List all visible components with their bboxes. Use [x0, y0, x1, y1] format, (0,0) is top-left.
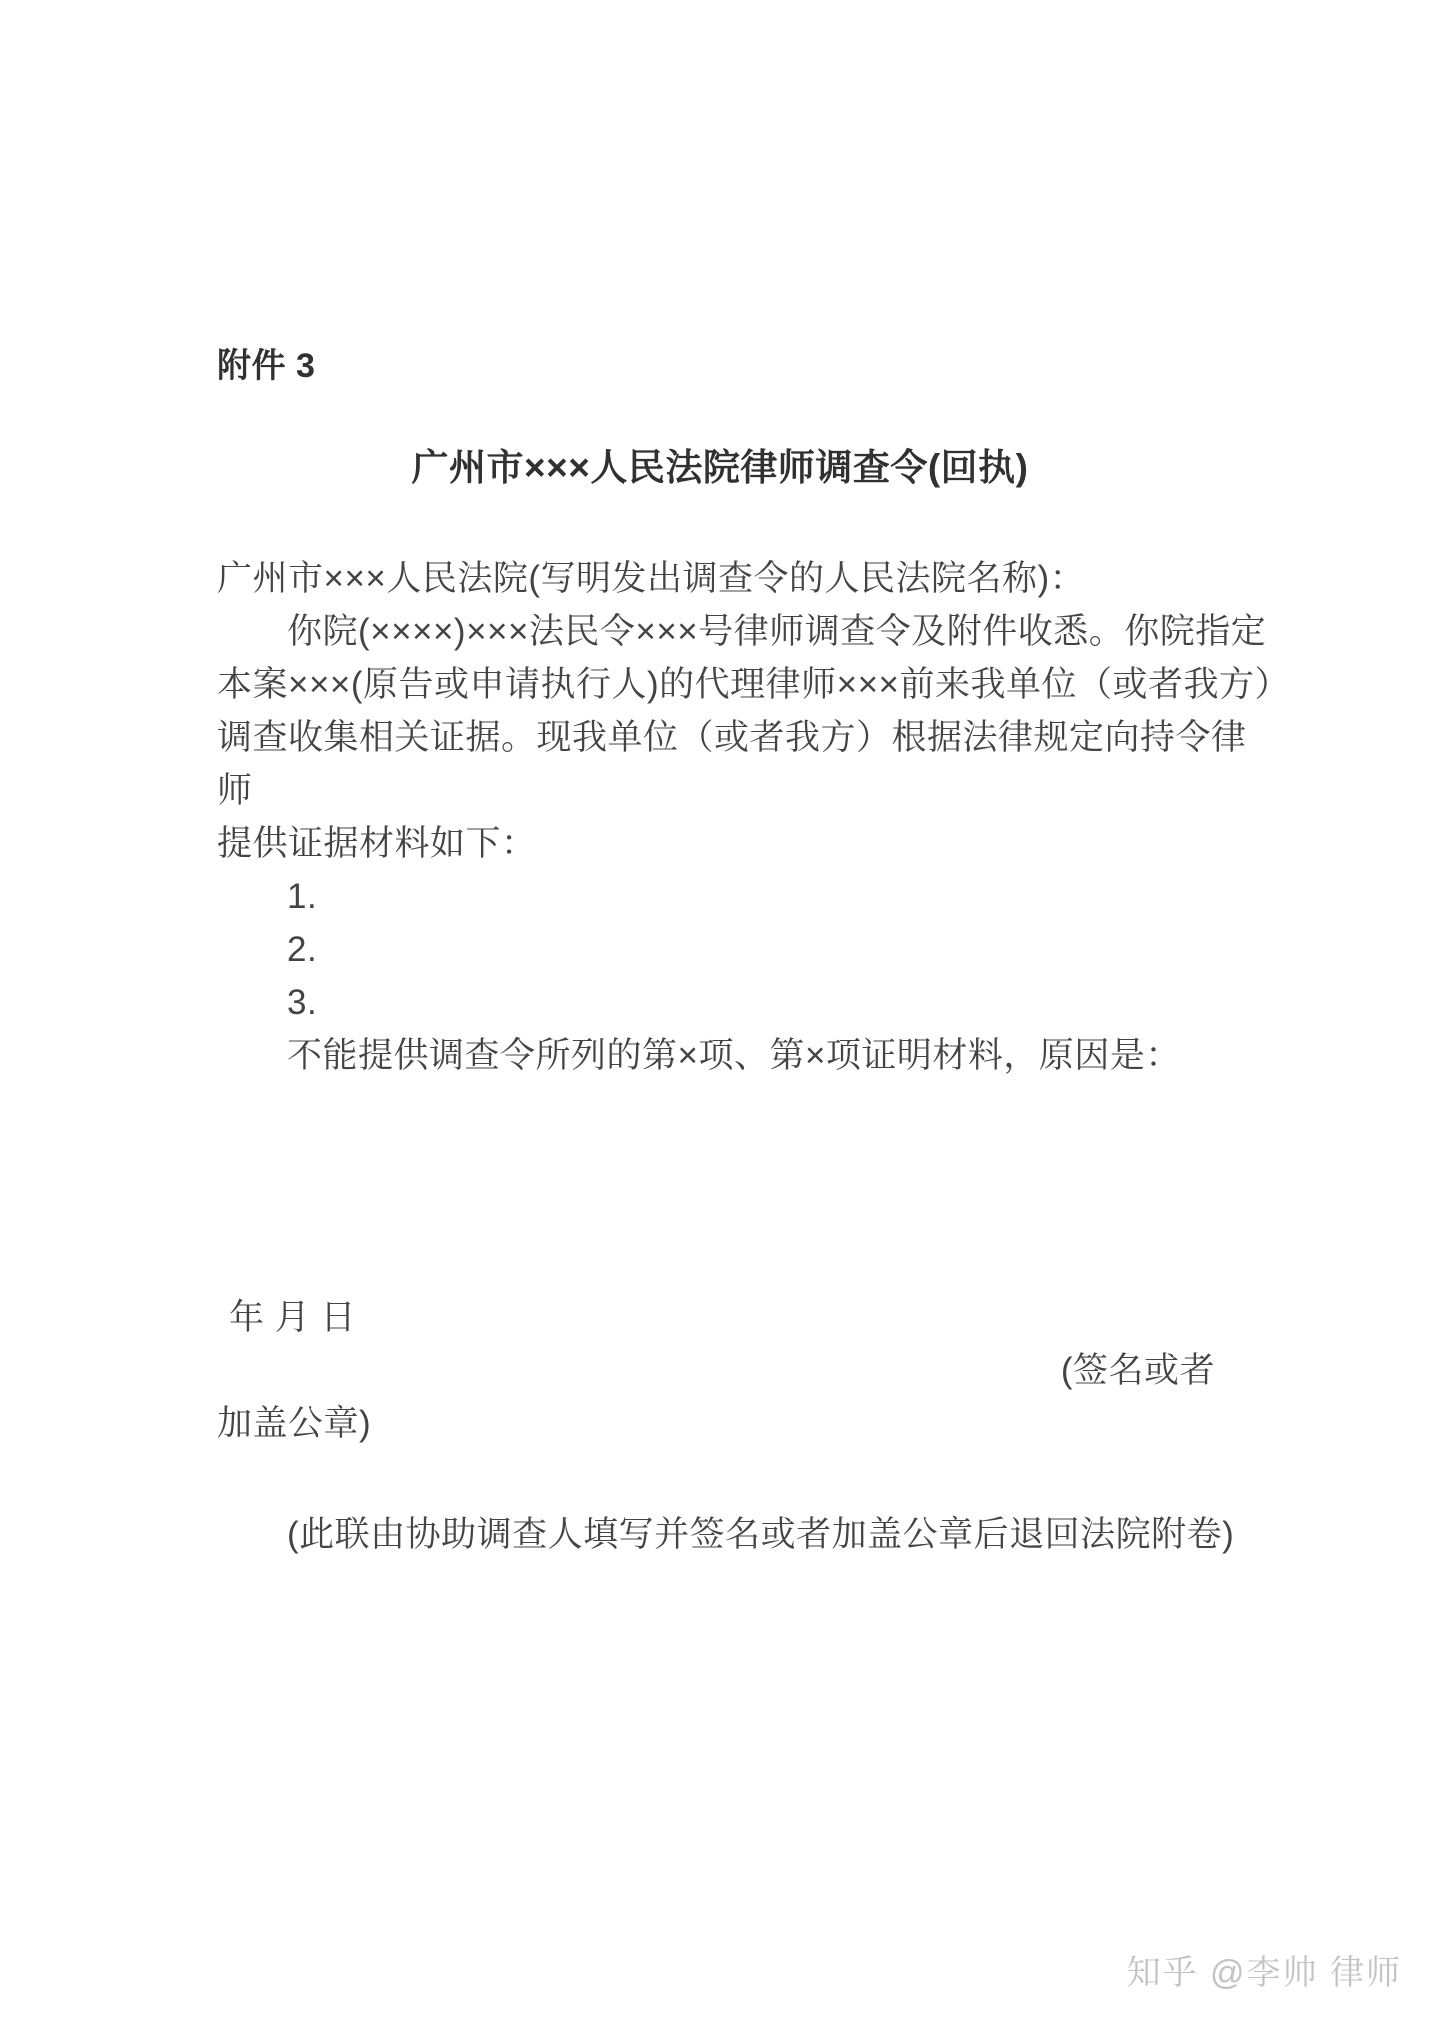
unavailable-items-line: 不能提供调查令所列的第×项、第×项证明材料，原因是：: [217, 1029, 1277, 1082]
evidence-list-item-3: 3.: [217, 976, 1277, 1029]
document-content: 附件 3 广州市×××人民法院律师调查令(回执) 广州市×××人民法院(写明发出…: [217, 340, 1277, 1561]
attachment-label: 附件 3: [217, 340, 1277, 393]
evidence-list-item-1: 1.: [217, 870, 1277, 923]
watermark-text: 知乎 @李帅 律师: [1127, 1953, 1402, 1993]
date-line: 年 月 日: [217, 1291, 1277, 1344]
body-paragraph-line-3: 调查收集相关证据。现我单位（或者我方）根据法律规定向持令律师: [217, 711, 1277, 817]
evidence-list-item-2: 2.: [217, 923, 1277, 976]
footnote-line: (此联由协助调查人填写并签名或者加盖公章后退回法院附卷): [217, 1508, 1277, 1561]
document-page: 附件 3 广州市×××人民法院律师调查令(回执) 广州市×××人民法院(写明发出…: [0, 0, 1440, 2031]
salutation-line: 广州市×××人民法院(写明发出调查令的人民法院名称)：: [217, 552, 1277, 605]
body-paragraph-line-2: 本案×××(原告或申请执行人)的代理律师×××前来我单位（或者我方）: [217, 658, 1277, 711]
signature-line-part-1: (签名或者: [217, 1344, 1277, 1397]
document-title: 广州市×××人民法院律师调查令(回执): [0, 438, 1440, 497]
body-paragraph-line-4: 提供证据材料如下：: [217, 817, 1277, 870]
signature-line-part-2: 加盖公章): [217, 1397, 1277, 1450]
body-paragraph-line-1: 你院(××××)×××法民令×××号律师调查令及附件收悉。你院指定: [217, 605, 1277, 658]
